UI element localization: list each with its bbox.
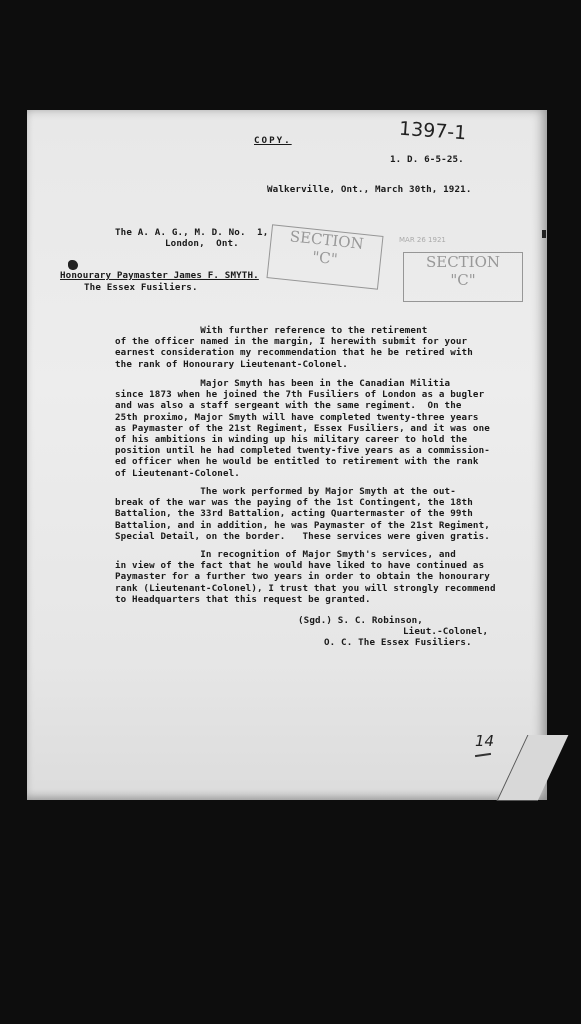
document-page: COPY. 1397-1 1. D. 6-5-25. Walkerville, … [27,110,547,800]
signature-unit: O. C. The Essex Fusiliers. [324,637,472,648]
section-stamp-2: SECTION "C" [403,252,523,302]
place-date: Walkerville, Ont., March 30th, 1921. [267,184,472,195]
stamp-date: MAR 26 1921 [399,236,446,244]
copy-label: COPY. [254,135,292,146]
folded-corner [497,735,569,801]
handwritten-page-number: 14 [475,732,494,750]
section-stamp-1: SECTION "C" [266,224,383,289]
paragraph-2: Major Smyth has been in the Canadian Mil… [115,378,490,479]
page-number-underline [475,753,491,757]
stamp-label: SECTION [404,253,522,271]
addressee-line-2: London, Ont. [165,238,239,249]
paragraph-3: The work performed by Major Smyth at the… [115,486,490,542]
edge-mark [542,230,546,238]
subject-line-2: The Essex Fusiliers. [84,282,198,293]
handwritten-file-number: 1397-1 [398,118,467,145]
paragraph-4: In recognition of Major Smyth's services… [115,549,496,605]
stamp-code: "C" [404,271,522,289]
reference-number: 1. D. 6-5-25. [390,154,464,165]
ink-smudge [68,260,78,270]
subject-line-1: Honourary Paymaster James F. SMYTH. [60,270,259,281]
signature-name: (Sgd.) S. C. Robinson, [298,615,423,626]
signature-rank: Lieut.-Colonel, [403,626,488,637]
paragraph-1: With further reference to the retirement… [115,325,473,370]
addressee-line-1: The A. A. G., M. D. No. 1, [115,227,268,238]
